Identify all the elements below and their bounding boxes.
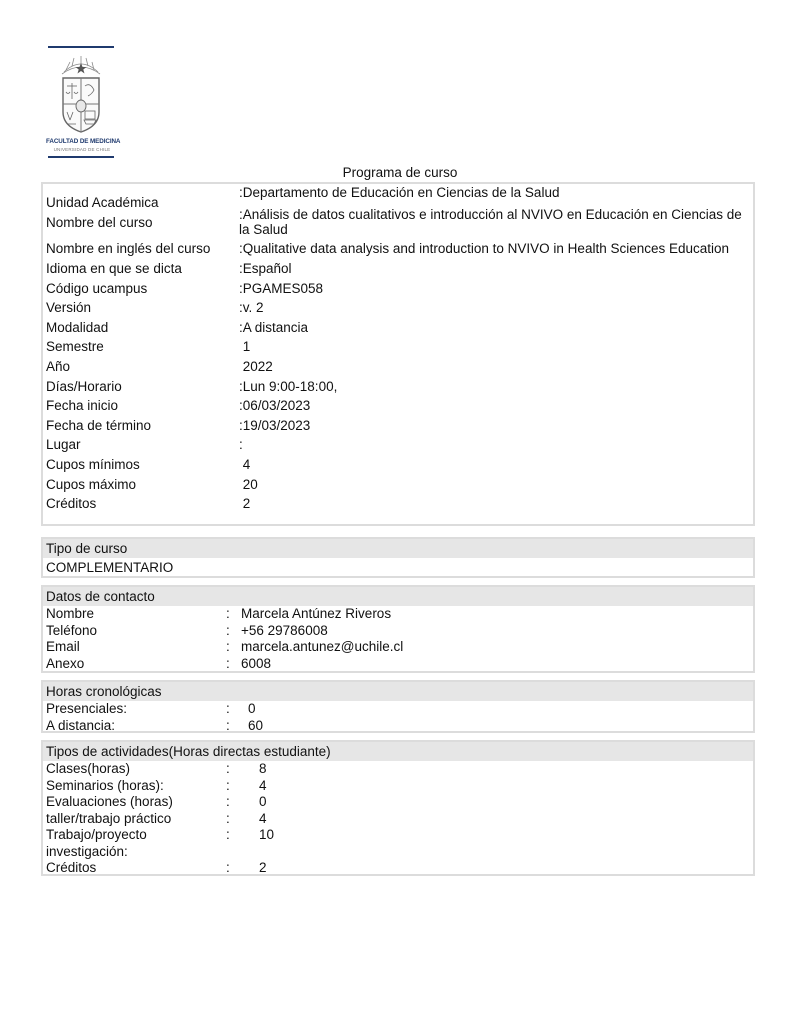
activities-box: Tipos de actividades(Horas directas estu… [41,740,755,876]
info-row-unidad: Unidad Académica :Departamento de Educac… [46,185,752,203]
separator: : [226,794,230,811]
contact-label: Teléfono [46,623,97,640]
activity-value: 4 [259,811,267,828]
info-label: Modalidad [46,320,108,335]
contact-value: +56 29786008 [241,623,328,640]
info-label: Nombre en inglés del curso [46,241,210,256]
contact-value: 6008 [241,656,271,673]
hours-row-presenciales: Presenciales: : 0 [43,701,753,718]
course-type-box: Tipo de curso COMPLEMENTARIO [41,537,755,578]
info-label: Fecha de término [46,418,151,433]
separator: : [226,827,230,844]
contact-label: Anexo [46,656,84,673]
contact-label: Nombre [46,606,94,623]
info-value: :Español [239,261,753,276]
activity-value: 8 [259,761,267,778]
activity-label: Trabajo/proyecto investigación: [46,827,196,860]
info-value: :Departamento de Educación en Ciencias d… [239,185,753,200]
info-value: :Lun 9:00-18:00, [239,379,753,394]
info-value: :PGAMES058 [239,281,753,296]
activity-label: taller/trabajo práctico [46,811,171,828]
contact-email-value: marcela.antunez@uchile.cl [241,639,403,656]
activity-value: 2 [259,860,267,877]
activity-value: 10 [259,827,274,844]
hours-value: 60 [248,718,263,735]
activity-row-creditos: Créditos : 2 [43,860,753,877]
activity-value: 4 [259,778,267,795]
info-value: :Qualitative data analysis and introduct… [239,241,753,256]
info-value: :19/03/2023 [239,418,753,433]
contact-row-email: Email : marcela.antunez@uchile.cl [43,639,753,656]
activity-row-evaluaciones: Evaluaciones (horas) : 0 [43,794,753,811]
separator: : [226,718,230,735]
contact-row-anexo: Anexo : 6008 [43,656,753,673]
contact-label: Email [46,639,80,656]
info-label: Versión [46,300,91,315]
info-label: Cupos mínimos [46,457,140,472]
activity-label: Créditos [46,860,96,877]
info-label: Créditos [46,496,96,511]
info-label: Lugar [46,437,81,452]
separator: : [226,656,230,673]
info-value: :A distancia [239,320,753,335]
logo-rule-bottom [48,156,114,158]
info-value: :Análisis de datos cualitativos e introd… [239,207,753,237]
contact-row-nombre: Nombre : Marcela Antúnez Riveros [43,606,753,623]
university-name: UNIVERSIDAD DE CHILE [46,147,118,152]
hours-label: A distancia: [46,718,115,735]
activities-header: Tipos de actividades(Horas directas estu… [43,742,753,761]
separator: : [226,606,230,623]
activity-row-clases: Clases(horas) : 8 [43,761,753,778]
activity-label: Seminarios (horas): [46,778,164,795]
info-value: :v. 2 [239,300,753,315]
faculty-name: FACULTAD DE MEDICINA [46,138,118,145]
activity-row-seminarios: Seminarios (horas): : 4 [43,778,753,795]
info-value: 2 [239,496,753,511]
hours-value: 0 [248,701,256,718]
activity-label: Evaluaciones (horas) [46,794,173,811]
activity-row-proyecto: Trabajo/proyecto investigación: : 10 [43,827,753,860]
separator: : [226,811,230,828]
hours-row-distancia: A distancia: : 60 [43,718,753,735]
info-value: 1 [239,339,753,354]
logo-rule-top [48,46,114,48]
faculty-logo: FACULTAD DE MEDICINA UNIVERSIDAD DE CHIL… [46,46,118,160]
hours-box: Horas cronológicas Presenciales: : 0 A d… [41,680,755,733]
info-label: Código ucampus [46,281,147,296]
info-row-nombre: Nombre del curso :Análisis de datos cual… [46,207,752,239]
separator: : [226,778,230,795]
separator: : [226,639,230,656]
info-value: 20 [239,477,753,492]
separator: : [226,701,230,718]
info-label: Idioma en que se dicta [46,261,182,276]
activity-label: Clases(horas) [46,761,130,778]
info-value: :06/03/2023 [239,398,753,413]
contact-box: Datos de contacto Nombre : Marcela Antún… [41,585,755,673]
separator: : [226,623,230,640]
info-value: : [239,437,753,452]
info-label: Semestre [46,339,104,354]
course-type-header: Tipo de curso [43,539,753,558]
separator: : [226,761,230,778]
hours-label: Presenciales: [46,701,127,718]
document-title: Programa de curso [0,165,800,180]
info-value: 4 [239,457,753,472]
contact-header: Datos de contacto [43,587,753,606]
activity-row-taller: taller/trabajo práctico : 4 [43,811,753,828]
activity-value: 0 [259,794,267,811]
contact-value: Marcela Antúnez Riveros [241,606,391,623]
course-info-box: Unidad Académica :Departamento de Educac… [41,182,755,526]
info-value: 2022 [239,359,753,374]
info-label: Cupos máximo [46,477,136,492]
faculty-crest-icon [58,54,104,134]
info-label: Nombre del curso [46,215,153,230]
info-label: Año [46,359,70,374]
contact-row-telefono: Teléfono : +56 29786008 [43,623,753,640]
info-label: Días/Horario [46,379,122,394]
hours-header: Horas cronológicas [43,682,753,701]
course-type-value: COMPLEMENTARIO [43,558,753,576]
info-label: Fecha inicio [46,398,118,413]
separator: : [226,860,230,877]
